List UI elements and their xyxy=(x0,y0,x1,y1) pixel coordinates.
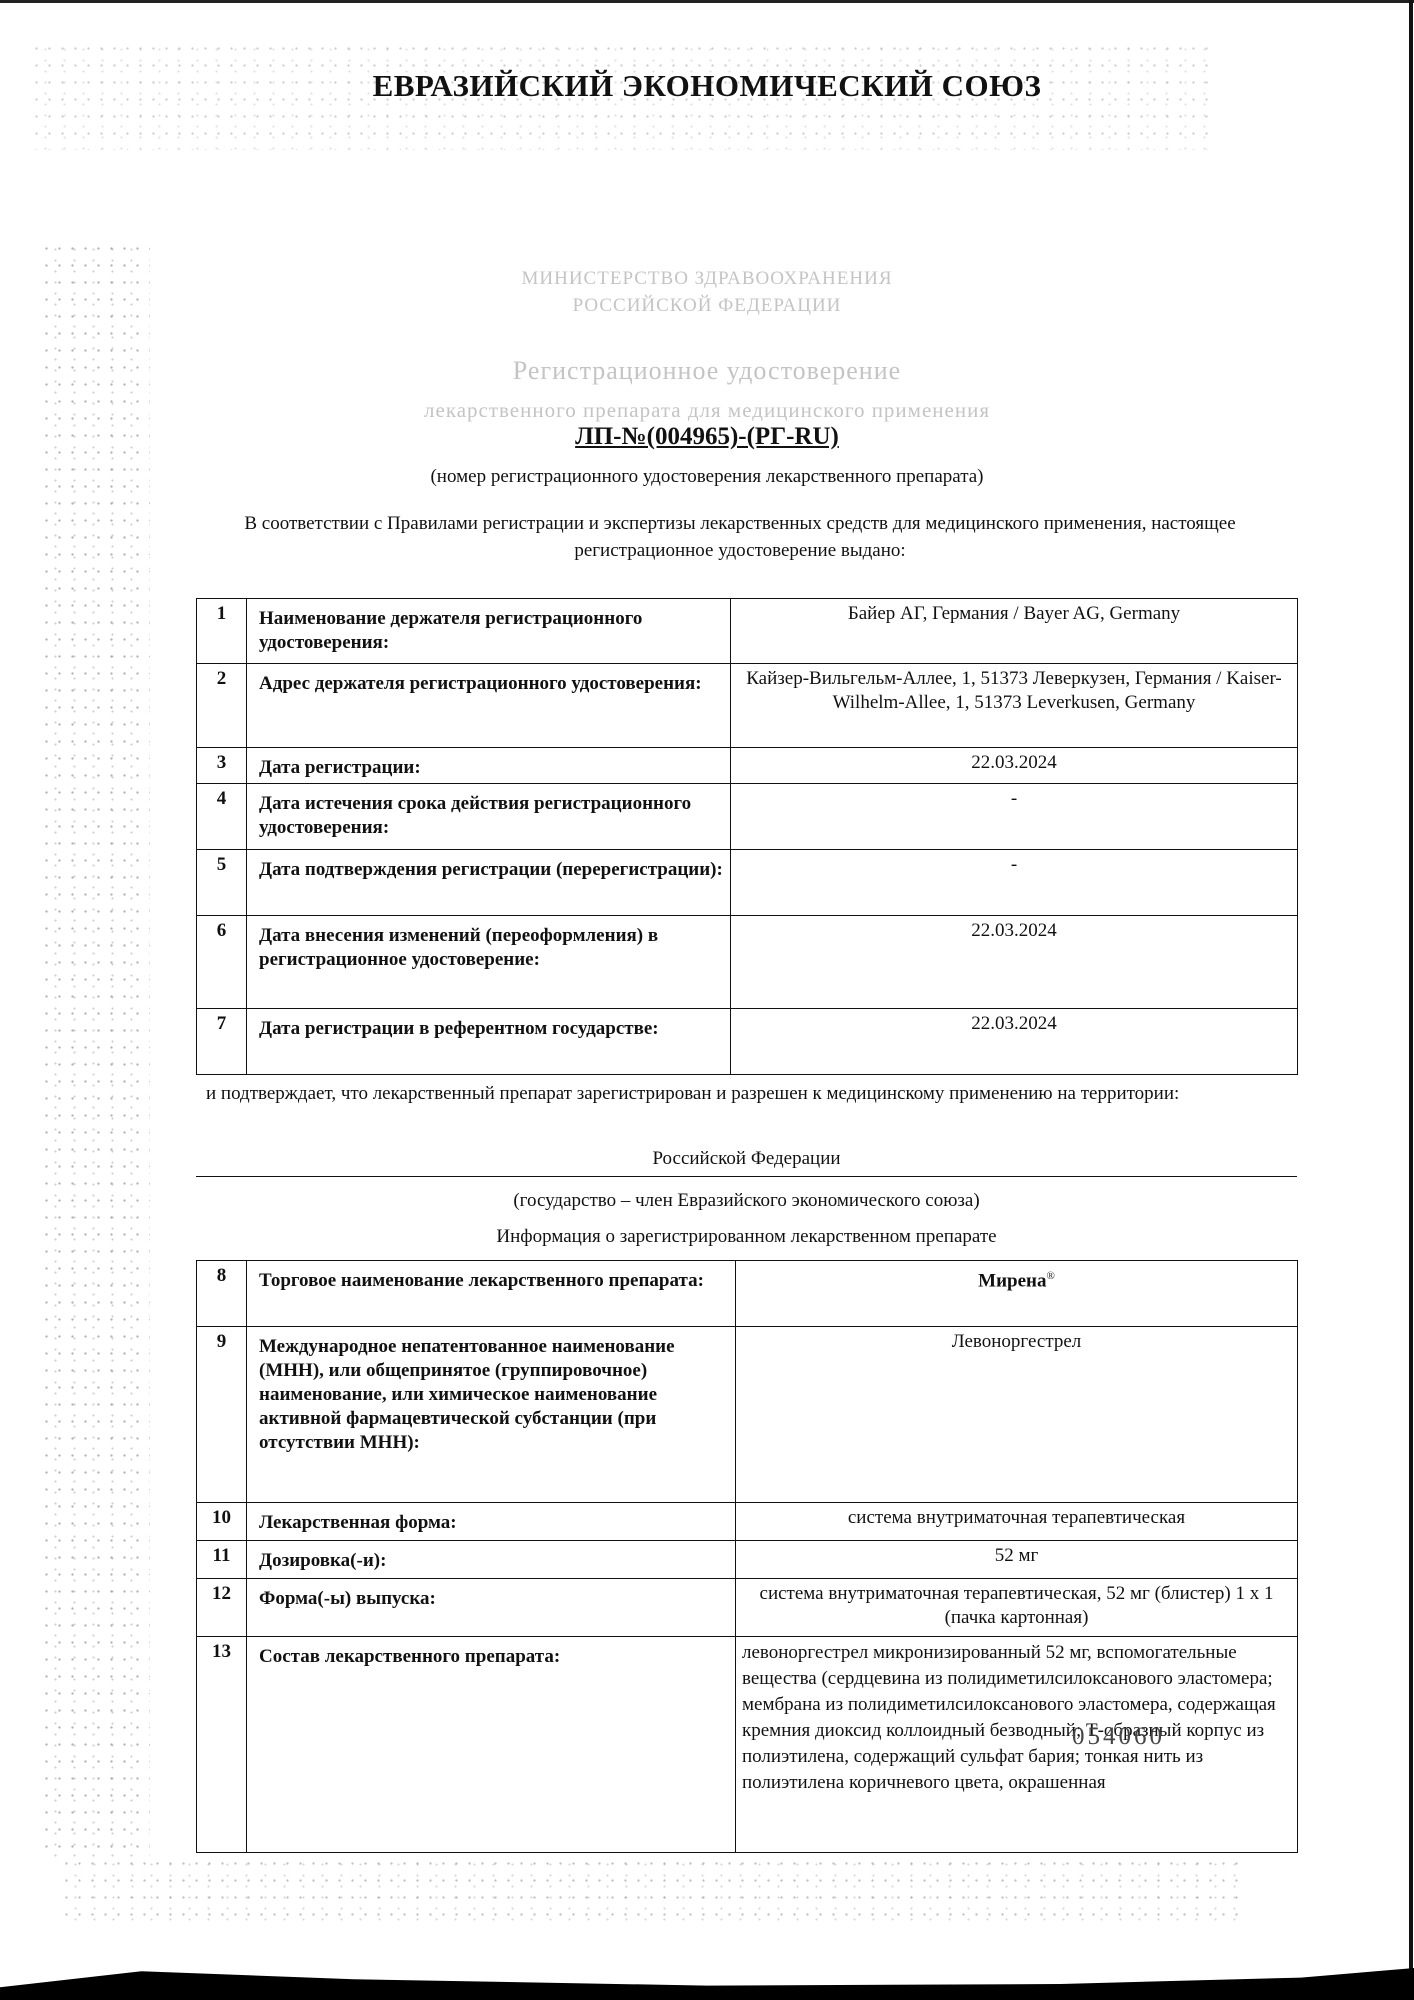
row-number: 2 xyxy=(197,664,247,748)
table-row: 10 Лекарственная форма: система внутрима… xyxy=(197,1503,1298,1541)
row-label: Состав лекарственного препарата: xyxy=(247,1637,736,1853)
table-row: 8 Торговое наименование лекарственного п… xyxy=(197,1261,1298,1327)
row-number: 3 xyxy=(197,748,247,784)
country-name: Российской Федерации xyxy=(196,1148,1297,1177)
table-row: 7 Дата регистрации в референтном государ… xyxy=(197,1009,1298,1075)
product-info-table: 8 Торговое наименование лекарственного п… xyxy=(196,1260,1298,1853)
inn-value: Левоноргестрел xyxy=(736,1327,1298,1503)
product-info-heading: Информация о зарегистрированном лекарств… xyxy=(196,1226,1297,1248)
scan-top-edge xyxy=(0,0,1414,3)
row-number: 1 xyxy=(197,599,247,664)
row-label: Адрес держателя регистрационного удостов… xyxy=(247,664,731,748)
row-number: 11 xyxy=(197,1541,247,1579)
row-label: Дозировка(-и): xyxy=(247,1541,736,1579)
expiry-date-value: - xyxy=(731,784,1298,850)
registration-number-caption: (номер регистрационного удостоверения ле… xyxy=(0,466,1414,488)
release-form-value: система внутриматочная терапевтическая, … xyxy=(736,1579,1298,1637)
table-row: 3 Дата регистрации: 22.03.2024 xyxy=(197,748,1298,784)
row-label: Дата внесения изменений (переоформления)… xyxy=(247,916,731,1009)
row-number: 12 xyxy=(197,1579,247,1637)
trade-name-value: Мирена® xyxy=(736,1261,1298,1327)
table-row: 4 Дата истечения срока действия регистра… xyxy=(197,784,1298,850)
scan-bottom-edge xyxy=(0,1968,1414,2000)
composition-value: левоноргестрел микронизированный 52 мг, … xyxy=(736,1637,1298,1853)
faded-certificate-subtitle: лекарственного препарата для медицинског… xyxy=(0,398,1414,423)
holder-address-value: Кайзер-Вильгельм-Аллее, 1, 51373 Леверку… xyxy=(731,664,1298,748)
row-number: 7 xyxy=(197,1009,247,1075)
row-number: 9 xyxy=(197,1327,247,1503)
table-row: 6 Дата внесения изменений (переоформлени… xyxy=(197,916,1298,1009)
union-title: ЕВРАЗИЙСКИЙ ЭКОНОМИЧЕСКИЙ СОЮЗ xyxy=(0,68,1414,104)
reference-state-date-value: 22.03.2024 xyxy=(731,1009,1298,1075)
trade-name: Мирена xyxy=(978,1270,1046,1291)
confirmation-text: и подтверждает, что лекарственный препар… xyxy=(206,1080,1296,1108)
row-number: 5 xyxy=(197,850,247,916)
row-number: 13 xyxy=(197,1637,247,1853)
row-label: Международное непатентованное наименован… xyxy=(247,1327,736,1503)
row-number: 8 xyxy=(197,1261,247,1327)
table-row: 5 Дата подтверждения регистрации (перере… xyxy=(197,850,1298,916)
holder-info-table: 1 Наименование держателя регистрационног… xyxy=(196,598,1298,1075)
row-number: 10 xyxy=(197,1503,247,1541)
table-row: 2 Адрес держателя регистрационного удост… xyxy=(197,664,1298,748)
row-label: Форма(-ы) выпуска: xyxy=(247,1579,736,1637)
faded-ministry-line-2: РОССИЙСКОЙ ФЕДЕРАЦИИ xyxy=(0,295,1414,317)
row-number: 4 xyxy=(197,784,247,850)
dosage-value: 52 мг xyxy=(736,1541,1298,1579)
row-label: Дата истечения срока действия регистраци… xyxy=(247,784,731,850)
row-label: Дата регистрации: xyxy=(247,748,731,784)
row-label: Торговое наименование лекарственного пре… xyxy=(247,1261,736,1327)
dosage-form-value: система внутриматочная терапевтическая xyxy=(736,1503,1298,1541)
row-label: Лекарственная форма: xyxy=(247,1503,736,1541)
table-row: 1 Наименование держателя регистрационног… xyxy=(197,599,1298,664)
reregistration-date-value: - xyxy=(731,850,1298,916)
registration-date-value: 22.03.2024 xyxy=(731,748,1298,784)
stamp-number: 054060 xyxy=(1072,1723,1165,1751)
scan-noise-bottom xyxy=(60,1855,1240,1925)
faded-certificate-title: Регистрационное удостоверение xyxy=(0,356,1414,386)
table-row: 11 Дозировка(-и): 52 мг xyxy=(197,1541,1298,1579)
intro-text: В соответствии с Правилами регистрации и… xyxy=(240,510,1240,564)
registered-trademark-icon: ® xyxy=(1046,1270,1054,1282)
row-label: Дата подтверждения регистрации (перереги… xyxy=(247,850,731,916)
table-row: 9 Международное непатентованное наименов… xyxy=(197,1327,1298,1503)
faded-ministry-line-1: МИНИСТЕРСТВО ЗДРАВООХРАНЕНИЯ xyxy=(0,268,1414,290)
holder-name-value: Байер АГ, Германия / Bayer AG, Germany xyxy=(731,599,1298,664)
row-number: 6 xyxy=(197,916,247,1009)
amendment-date-value: 22.03.2024 xyxy=(731,916,1298,1009)
table-row: 12 Форма(-ы) выпуска: система внутримато… xyxy=(197,1579,1298,1637)
row-label: Дата регистрации в референтном государст… xyxy=(247,1009,731,1075)
row-label: Наименование держателя регистрационного … xyxy=(247,599,731,664)
registration-number: ЛП-№(004965)-(РГ-RU) xyxy=(0,423,1414,451)
country-caption: (государство – член Евразийского экономи… xyxy=(196,1190,1297,1212)
